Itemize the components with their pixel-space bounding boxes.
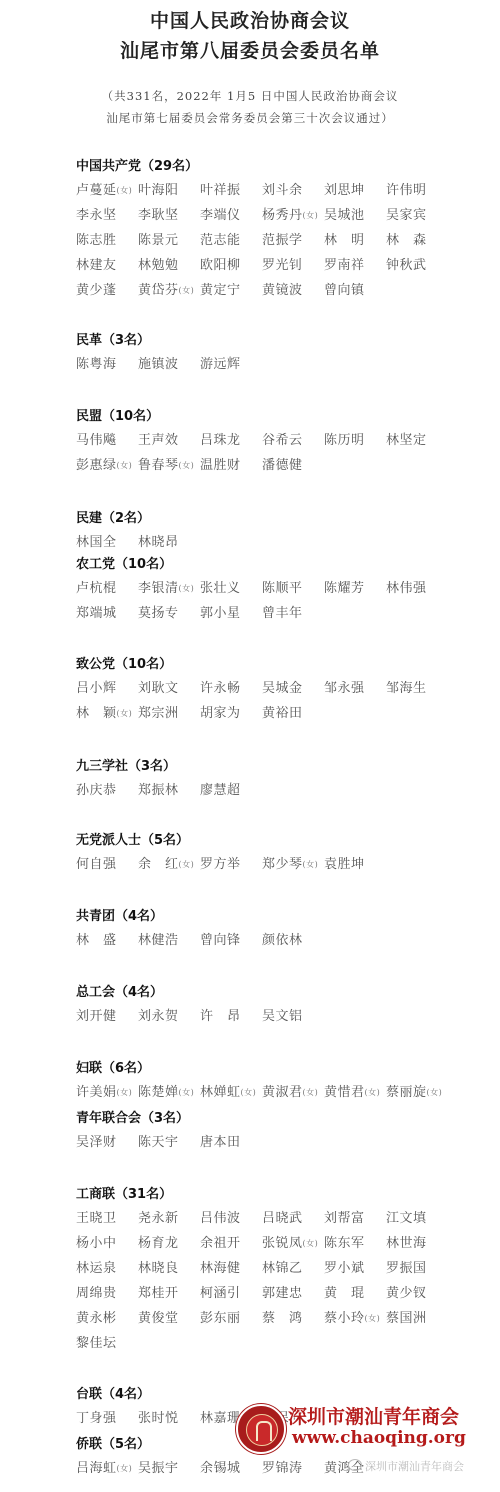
member-name: 吕海虹(女)	[76, 1456, 138, 1481]
member-name-text: 吴城池	[324, 208, 365, 223]
member-name: 王声效	[138, 428, 200, 453]
member-name-text: 吴文铝	[262, 1009, 303, 1024]
member-name-text: 林国全	[76, 535, 117, 550]
member-name: 曾丰年	[262, 601, 324, 626]
member-name: 林勉勉	[138, 253, 200, 278]
member-name: 林婵虹(女)	[200, 1080, 262, 1105]
member-name: 余 红(女)	[138, 852, 200, 877]
member-name-text: 游远辉	[200, 357, 241, 372]
member-name: 林世海	[386, 1231, 448, 1256]
member-name-text: 黄永彬	[76, 1311, 117, 1326]
member-name: 陈景元	[138, 228, 200, 253]
female-marker: (女)	[117, 461, 133, 470]
female-marker: (女)	[303, 211, 319, 220]
member-name: 李端仪	[200, 203, 262, 228]
member-name: 吴文铝	[262, 1004, 324, 1029]
member-name: 邹海生	[386, 676, 448, 701]
member-name-text: 林伟强	[386, 581, 427, 596]
member-name: 黄少钗	[386, 1281, 448, 1306]
member-name-text: 林 颖	[76, 706, 117, 721]
name-row: 刘开健刘永贺许 昂吴文铝	[76, 1004, 496, 1029]
female-marker: (女)	[117, 1464, 133, 1473]
member-name-text: 陈顺平	[262, 581, 303, 596]
member-name-text: 罗光钊	[262, 258, 303, 273]
member-name: 罗南祥	[324, 253, 386, 278]
member-name: 林 明	[324, 228, 386, 253]
member-name: 林锦乙	[262, 1256, 324, 1281]
member-name: 林海健	[200, 1256, 262, 1281]
member-name: 林运泉	[76, 1256, 138, 1281]
member-name: 黄俊堂	[138, 1306, 200, 1331]
member-name: 鲁春琴(女)	[138, 453, 200, 478]
member-name: 吕伟波	[200, 1206, 262, 1231]
member-name: 吴城池	[324, 203, 386, 228]
member-name: 吕珠龙	[200, 428, 262, 453]
member-name: 叶海阳	[138, 178, 200, 203]
member-name-text: 陈景元	[138, 233, 179, 248]
watermark-logo: 深圳市潮汕青年商会 www.chaoqing.org	[236, 1400, 496, 1460]
member-name-text: 张壮义	[200, 581, 241, 596]
member-name: 丁身强	[76, 1406, 138, 1431]
name-row: 郑端城莫扬专郭小星曾丰年	[76, 601, 496, 626]
name-row: 林建友林勉勉欧阳柳罗光钊罗南祥钟秋武	[76, 253, 496, 278]
member-name: 刘永贺	[138, 1004, 200, 1029]
member-name: 林建友	[76, 253, 138, 278]
member-name-text: 黄岱芬	[138, 283, 179, 298]
name-row: 林 盛林健浩曾向锋颜依林	[76, 928, 496, 953]
member-name-text: 谷希云	[262, 433, 303, 448]
member-name-text: 郑端城	[76, 606, 117, 621]
section-heading: 无党派人士（5名）	[76, 830, 496, 852]
member-name: 黄岱芬(女)	[138, 278, 200, 303]
member-name-text: 李端仪	[200, 208, 241, 223]
member-name-text: 吕晓武	[262, 1211, 303, 1226]
member-name-text: 杨小中	[76, 1236, 117, 1251]
member-name-text: 彭东丽	[200, 1311, 241, 1326]
member-name: 陈天宇	[138, 1130, 200, 1155]
name-row: 卢蔓延(女)叶海阳叶祥振刘斗余刘思坤许伟明	[76, 178, 496, 203]
member-name-text: 黄少蓬	[76, 283, 117, 298]
member-name: 彭东丽	[200, 1306, 262, 1331]
female-marker: (女)	[365, 1088, 381, 1097]
member-name: 杨秀丹(女)	[262, 203, 324, 228]
member-name-text: 范志能	[200, 233, 241, 248]
member-name: 陈志胜	[76, 228, 138, 253]
member-name-text: 林运泉	[76, 1261, 117, 1276]
member-name-text: 许 昂	[200, 1009, 241, 1024]
member-name: 陈耀芳	[324, 576, 386, 601]
member-name-text: 刘帮富	[324, 1211, 365, 1226]
member-name-text: 蔡国洲	[386, 1311, 427, 1326]
member-name: 欧阳柳	[200, 253, 262, 278]
member-name: 许伟明	[386, 178, 448, 203]
member-name-text: 卢蔓延	[76, 183, 117, 198]
member-name-text: 罗方举	[200, 857, 241, 872]
member-name: 胡家为	[200, 701, 262, 726]
member-name-text: 黄裕田	[262, 706, 303, 721]
member-name-text: 蔡小玲	[324, 1311, 365, 1326]
member-name-text: 李耿坚	[138, 208, 179, 223]
member-name-text: 罗南祥	[324, 258, 365, 273]
member-name-text: 张时悦	[138, 1411, 179, 1426]
party-section: 民革（3名）陈粤海施镇波游远辉	[76, 330, 496, 377]
member-name-text: 曾向镇	[324, 283, 365, 298]
member-name-text: 胡家为	[200, 706, 241, 721]
member-name: 叶祥振	[200, 178, 262, 203]
member-name: 蔡丽旋(女)	[386, 1080, 448, 1105]
member-name-text: 李银清	[138, 581, 179, 596]
member-name-text: 钟秋武	[386, 258, 427, 273]
wechat-watermark: 深圳市潮汕青年商会	[348, 1458, 464, 1474]
member-name-text: 黄镜波	[262, 283, 303, 298]
member-name: 许永畅	[200, 676, 262, 701]
member-name-text: 杨育龙	[138, 1236, 179, 1251]
member-name-text: 刘耿文	[138, 681, 179, 696]
member-name: 马伟飚	[76, 428, 138, 453]
section-heading: 妇联（6名）	[76, 1058, 496, 1080]
member-name: 卢杭棍	[76, 576, 138, 601]
name-row: 许美娟(女)陈楚婵(女)林婵虹(女)黄淑君(女)黄惜君(女)蔡丽旋(女)	[76, 1080, 496, 1105]
member-name: 孙庆恭	[76, 778, 138, 803]
member-name-text: 陈志胜	[76, 233, 117, 248]
member-name: 何自强	[76, 852, 138, 877]
name-row: 何自强余 红(女)罗方举郑少琴(女)袁胜坤	[76, 852, 496, 877]
member-name: 黄淑君(女)	[262, 1080, 324, 1105]
member-name: 李银清(女)	[138, 576, 200, 601]
member-name: 陈东军	[324, 1231, 386, 1256]
female-marker: (女)	[179, 860, 195, 869]
member-name: 黄少蓬	[76, 278, 138, 303]
member-name-text: 吕伟波	[200, 1211, 241, 1226]
member-name: 黄镜波	[262, 278, 324, 303]
member-name-text: 林建友	[76, 258, 117, 273]
member-name: 周绵贵	[76, 1281, 138, 1306]
name-row: 李永坚李耿坚李端仪杨秀丹(女)吴城池吴家宾	[76, 203, 496, 228]
member-name-text: 郭建忠	[262, 1286, 303, 1301]
party-section: 妇联（6名）许美娟(女)陈楚婵(女)林婵虹(女)黄淑君(女)黄惜君(女)蔡丽旋(…	[76, 1058, 496, 1105]
party-section: 农工党（10名）卢杭棍李银清(女)张壮义陈顺平陈耀芳林伟强郑端城莫扬专郭小星曾丰…	[76, 554, 496, 626]
member-name: 黄惜君(女)	[324, 1080, 386, 1105]
name-row: 卢杭棍李银清(女)张壮义陈顺平陈耀芳林伟强	[76, 576, 496, 601]
section-heading: 总工会（4名）	[76, 982, 496, 1004]
member-name-text: 卢杭棍	[76, 581, 117, 596]
name-row: 林运泉林晓良林海健林锦乙罗小斌罗振国	[76, 1256, 496, 1281]
member-name-text: 林健浩	[138, 933, 179, 948]
section-heading: 中国共产党（29名）	[76, 156, 496, 178]
member-name: 颜依林	[262, 928, 324, 953]
party-section: 九三学社（3名）孙庆恭郑振林廖慧超	[76, 756, 496, 803]
member-name: 林坚定	[386, 428, 448, 453]
member-name: 黄定宁	[200, 278, 262, 303]
section-heading: 民革（3名）	[76, 330, 496, 352]
member-name-text: 颜依林	[262, 933, 303, 948]
section-heading: 农工党（10名）	[76, 554, 496, 576]
member-name-text: 林锦乙	[262, 1261, 303, 1276]
member-name-text: 王晓卫	[76, 1211, 117, 1226]
member-name-text: 莫扬专	[138, 606, 179, 621]
member-name-text: 邹海生	[386, 681, 427, 696]
member-name: 杨育龙	[138, 1231, 200, 1256]
member-name: 李永坚	[76, 203, 138, 228]
party-section: 民盟（10名）马伟飚王声效吕珠龙谷希云陈历明林坚定彭惠绿(女)鲁春琴(女)温胜财…	[76, 406, 496, 478]
member-name-text: 林婵虹	[200, 1085, 241, 1100]
member-name: 柯涵引	[200, 1281, 262, 1306]
member-name: 林 颖(女)	[76, 701, 138, 726]
member-name: 江文填	[386, 1206, 448, 1231]
member-name: 郑少琴(女)	[262, 852, 324, 877]
seal-icon	[236, 1404, 286, 1454]
member-name: 杨小中	[76, 1231, 138, 1256]
member-name-text: 陈东军	[324, 1236, 365, 1251]
member-name: 陈顺平	[262, 576, 324, 601]
member-name: 刘开健	[76, 1004, 138, 1029]
member-name-text: 吕小辉	[76, 681, 117, 696]
member-name-text: 杨秀丹	[262, 208, 303, 223]
member-name: 蔡 鸿	[262, 1306, 324, 1331]
member-name: 许美娟(女)	[76, 1080, 138, 1105]
member-name-text: 罗锦涛	[262, 1461, 303, 1476]
member-name: 郭小星	[200, 601, 262, 626]
member-name-text: 马伟飚	[76, 433, 117, 448]
document-title-line1: 中国人民政治协商会议	[0, 6, 500, 33]
female-marker: (女)	[303, 860, 319, 869]
member-name: 郑振林	[138, 778, 200, 803]
member-name-text: 余祖开	[200, 1236, 241, 1251]
member-name-text: 欧阳柳	[200, 258, 241, 273]
name-row: 吕小辉刘耿文许永畅吴城金邹永强邹海生	[76, 676, 496, 701]
member-name-text: 许伟明	[386, 183, 427, 198]
member-name: 黄裕田	[262, 701, 324, 726]
female-marker: (女)	[427, 1088, 443, 1097]
member-name: 刘斗余	[262, 178, 324, 203]
female-marker: (女)	[117, 186, 133, 195]
member-name-text: 蔡丽旋	[386, 1085, 427, 1100]
name-row: 黄永彬黄俊堂彭东丽蔡 鸿蔡小玲(女)蔡国洲	[76, 1306, 496, 1331]
member-name: 莫扬专	[138, 601, 200, 626]
member-name: 游远辉	[200, 352, 262, 377]
member-name-text: 李永坚	[76, 208, 117, 223]
member-name-text: 郑桂开	[138, 1286, 179, 1301]
member-name: 唐本田	[200, 1130, 262, 1155]
member-name: 张壮义	[200, 576, 262, 601]
document-subtitle-line1: （共331名，2022年 1月5 日中国人民政治协商会议	[0, 88, 500, 104]
member-name: 张锐凤(女)	[262, 1231, 324, 1256]
member-name-text: 叶海阳	[138, 183, 179, 198]
member-name-text: 陈天宇	[138, 1135, 179, 1150]
member-name-text: 蔡 鸿	[262, 1311, 303, 1326]
member-name-text: 廖慧超	[200, 783, 241, 798]
member-name: 郑桂开	[138, 1281, 200, 1306]
member-name: 蔡国洲	[386, 1306, 448, 1331]
name-row: 吴泽财陈天宇唐本田	[76, 1130, 496, 1155]
party-section: 工商联（31名）王晓卫尧永新吕伟波吕晓武刘帮富江文填杨小中杨育龙余祖开张锐凤(女…	[76, 1184, 496, 1356]
member-name: 彭惠绿(女)	[76, 453, 138, 478]
member-name: 王晓卫	[76, 1206, 138, 1231]
member-name-text: 尧永新	[138, 1211, 179, 1226]
member-name-text: 曾向锋	[200, 933, 241, 948]
member-name: 钟秋武	[386, 253, 448, 278]
member-name-text: 陈历明	[324, 433, 365, 448]
member-name-text: 鲁春琴	[138, 458, 179, 473]
member-name-text: 黄淑君	[262, 1085, 303, 1100]
member-name-text: 张锐凤	[262, 1236, 303, 1251]
member-name-text: 吴家宾	[386, 208, 427, 223]
name-row: 林国全林晓昂	[76, 530, 496, 555]
member-name-text: 周绵贵	[76, 1286, 117, 1301]
name-row: 黄少蓬黄岱芬(女)黄定宁黄镜波曾向镇	[76, 278, 496, 303]
section-heading: 青年联合会（3名）	[76, 1108, 496, 1130]
section-heading: 工商联（31名）	[76, 1184, 496, 1206]
member-name-text: 陈楚婵	[138, 1085, 179, 1100]
member-name: 刘耿文	[138, 676, 200, 701]
member-name: 谷希云	[262, 428, 324, 453]
member-name-text: 刘思坤	[324, 183, 365, 198]
member-name-text: 黄俊堂	[138, 1311, 179, 1326]
member-name-text: 黄定宁	[200, 283, 241, 298]
member-name-text: 江文填	[386, 1211, 427, 1226]
member-name-text: 丁身强	[76, 1411, 117, 1426]
name-row: 马伟飚王声效吕珠龙谷希云陈历明林坚定	[76, 428, 496, 453]
member-name: 许 昂	[200, 1004, 262, 1029]
member-name: 林晓昂	[138, 530, 200, 555]
member-name: 张时悦	[138, 1406, 200, 1431]
member-name: 黄永彬	[76, 1306, 138, 1331]
member-name: 蔡小玲(女)	[324, 1306, 386, 1331]
member-name: 李耿坚	[138, 203, 200, 228]
section-heading: 民建（2名）	[76, 508, 496, 530]
female-marker: (女)	[179, 461, 195, 470]
member-name-text: 余 红	[138, 857, 179, 872]
member-name-text: 王声效	[138, 433, 179, 448]
member-name-text: 何自强	[76, 857, 117, 872]
member-name-text: 林 盛	[76, 933, 117, 948]
member-name-text: 陈粤海	[76, 357, 117, 372]
section-heading: 九三学社（3名）	[76, 756, 496, 778]
member-name: 陈历明	[324, 428, 386, 453]
party-section: 民建（2名）林国全林晓昂	[76, 508, 496, 555]
member-name-text: 叶祥振	[200, 183, 241, 198]
wechat-watermark-label: 深圳市潮汕青年商会	[365, 1460, 464, 1473]
name-row: 陈志胜陈景元范志能范振学林 明林 森	[76, 228, 496, 253]
party-section: 青年联合会（3名）吴泽财陈天宇唐本田	[76, 1108, 496, 1155]
party-section: 无党派人士（5名）何自强余 红(女)罗方举郑少琴(女)袁胜坤	[76, 830, 496, 877]
member-name: 吕小辉	[76, 676, 138, 701]
member-name-text: 黄惜君	[324, 1085, 365, 1100]
member-name-text: 吴振宇	[138, 1461, 179, 1476]
name-row: 孙庆恭郑振林廖慧超	[76, 778, 496, 803]
member-name: 郑宗洲	[138, 701, 200, 726]
member-name-text: 刘开健	[76, 1009, 117, 1024]
name-row: 林 颖(女)郑宗洲胡家为黄裕田	[76, 701, 496, 726]
member-name-text: 刘永贺	[138, 1009, 179, 1024]
name-row: 王晓卫尧永新吕伟波吕晓武刘帮富江文填	[76, 1206, 496, 1231]
name-row: 周绵贵郑桂开柯涵引郭建忠黄 琨黄少钗	[76, 1281, 496, 1306]
member-name-text: 郑振林	[138, 783, 179, 798]
member-name: 袁胜坤	[324, 852, 386, 877]
member-name-text: 余锡城	[200, 1461, 241, 1476]
member-name-text: 吕珠龙	[200, 433, 241, 448]
member-name-text: 林晓昂	[138, 535, 179, 550]
member-name: 潘德健	[262, 453, 324, 478]
name-row: 彭惠绿(女)鲁春琴(女)温胜财潘德健	[76, 453, 496, 478]
member-name: 陈楚婵(女)	[138, 1080, 200, 1105]
member-name: 郭建忠	[262, 1281, 324, 1306]
female-marker: (女)	[179, 286, 195, 295]
member-name: 尧永新	[138, 1206, 200, 1231]
member-name-text: 罗振国	[386, 1261, 427, 1276]
document-subtitle-line2: 汕尾市第七届委员会常务委员会第三十次会议通过）	[0, 110, 500, 126]
party-section: 总工会（4名）刘开健刘永贺许 昂吴文铝	[76, 982, 496, 1029]
member-name: 吕晓武	[262, 1206, 324, 1231]
party-section: 共青团（4名）林 盛林健浩曾向锋颜依林	[76, 906, 496, 953]
section-heading: 致公党（10名）	[76, 654, 496, 676]
member-name: 邹永强	[324, 676, 386, 701]
member-name: 吴振宇	[138, 1456, 200, 1481]
party-section: 中国共产党（29名）卢蔓延(女)叶海阳叶祥振刘斗余刘思坤许伟明李永坚李耿坚李端仪…	[76, 156, 496, 303]
member-name-text: 林 森	[386, 233, 427, 248]
member-name: 刘思坤	[324, 178, 386, 203]
member-name: 廖慧超	[200, 778, 262, 803]
member-name: 吴城金	[262, 676, 324, 701]
member-name-text: 彭惠绿	[76, 458, 117, 473]
member-name-text: 柯涵引	[200, 1286, 241, 1301]
member-name: 卢蔓延(女)	[76, 178, 138, 203]
member-name-text: 邹永强	[324, 681, 365, 696]
wechat-icon	[348, 1459, 362, 1471]
member-name-text: 吴城金	[262, 681, 303, 696]
member-name-text: 林晓良	[138, 1261, 179, 1276]
member-name: 黄 琨	[324, 1281, 386, 1306]
name-row: 陈粤海施镇波游远辉	[76, 352, 496, 377]
member-name-text: 唐本田	[200, 1135, 241, 1150]
member-name-text: 黎佳坛	[76, 1336, 117, 1351]
member-name-text: 郭小星	[200, 606, 241, 621]
document-title-line2: 汕尾市第八届委员会委员名单	[0, 36, 500, 63]
member-name-text: 潘德健	[262, 458, 303, 473]
member-name: 郑端城	[76, 601, 138, 626]
member-name: 曾向锋	[200, 928, 262, 953]
female-marker: (女)	[117, 1088, 133, 1097]
member-name-text: 许美娟	[76, 1085, 117, 1100]
female-marker: (女)	[241, 1088, 257, 1097]
female-marker: (女)	[303, 1239, 319, 1248]
member-name: 曾向镇	[324, 278, 386, 303]
member-name: 温胜财	[200, 453, 262, 478]
member-name: 林 森	[386, 228, 448, 253]
member-name: 罗光钊	[262, 253, 324, 278]
member-name: 罗方举	[200, 852, 262, 877]
member-name-text: 林嘉珊	[200, 1411, 241, 1426]
member-name: 范振学	[262, 228, 324, 253]
member-name: 范志能	[200, 228, 262, 253]
member-name-text: 孙庆恭	[76, 783, 117, 798]
member-name-text: 吕海虹	[76, 1461, 117, 1476]
member-name: 林 盛	[76, 928, 138, 953]
member-name-text: 黄 琨	[324, 1286, 365, 1301]
member-name: 林晓良	[138, 1256, 200, 1281]
section-heading: 民盟（10名）	[76, 406, 496, 428]
name-row: 杨小中杨育龙余祖开张锐凤(女)陈东军林世海	[76, 1231, 496, 1256]
party-section: 致公党（10名）吕小辉刘耿文许永畅吴城金邹永强邹海生林 颖(女)郑宗洲胡家为黄裕…	[76, 654, 496, 726]
member-name-text: 吴泽财	[76, 1135, 117, 1150]
female-marker: (女)	[179, 584, 195, 593]
member-name-text: 范振学	[262, 233, 303, 248]
member-name-text: 温胜财	[200, 458, 241, 473]
member-name-text: 郑宗洲	[138, 706, 179, 721]
member-name: 吴泽财	[76, 1130, 138, 1155]
member-name-text: 许永畅	[200, 681, 241, 696]
member-name-text: 林坚定	[386, 433, 427, 448]
